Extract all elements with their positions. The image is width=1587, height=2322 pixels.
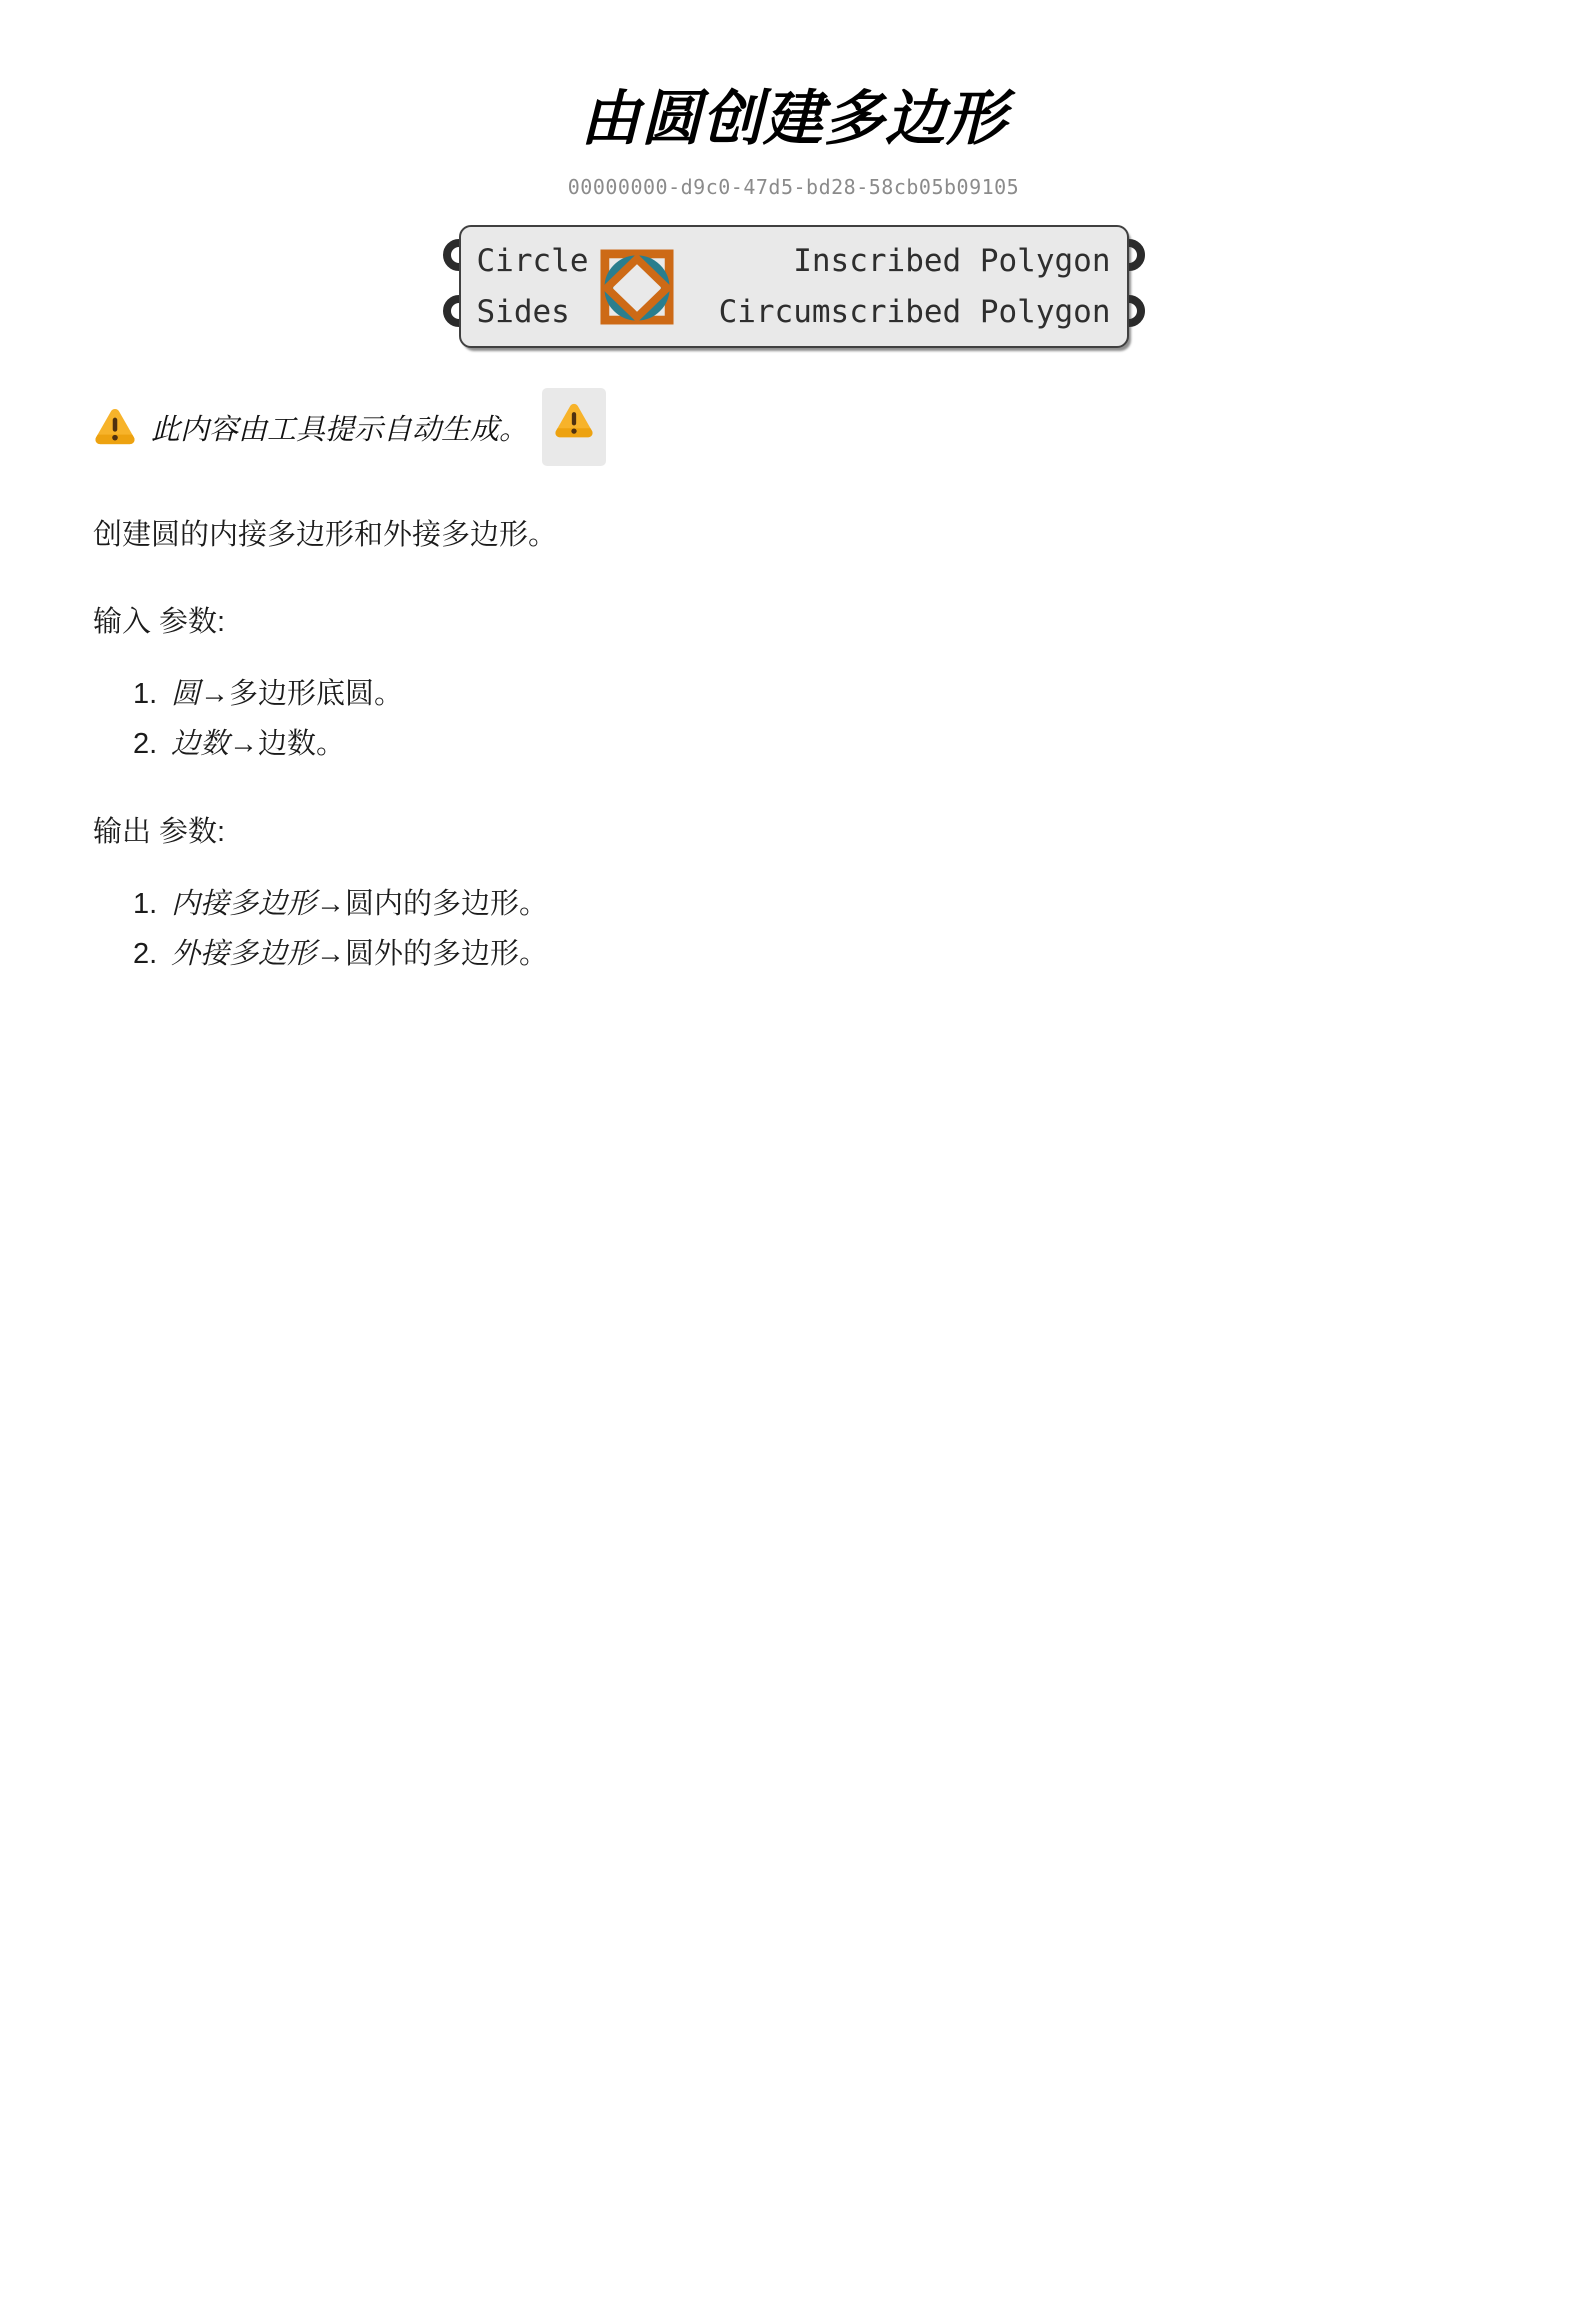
param-desc: 多边形底圆。 [229,678,403,710]
component-body: Circle Sides Inscribed Polygon Circumscr… [459,225,1129,348]
arrow-glyph: → [316,888,345,920]
notice-text: 此内容由工具提示自动生成。 [151,407,528,448]
item-number: 2. [133,726,171,762]
item-number: 2. [133,936,171,972]
list-item: 2. 外接多边形→圆外的多边形。 [133,936,1494,972]
component-description: 创建圆的内接多边形和外接多边形。 [93,512,1494,553]
param-desc: 圆外的多边形。 [345,938,548,970]
inscribed-circumscribed-polygon-icon [600,248,674,326]
output-label-inscribed-polygon: Inscribed Polygon [793,243,1110,279]
item-text: 圆→多边形底圆。 [171,676,403,712]
input-label-sides: Sides [477,294,570,330]
auto-generated-notice: 此内容由工具提示自动生成。 [93,388,1494,466]
param-name: 外接多边形 [171,938,316,970]
grasshopper-component: Circle Sides Inscribed Polygon Circumscr… [459,225,1129,348]
arrow-glyph: → [229,728,258,760]
component-inputs: Circle Sides [477,227,589,346]
outputs-heading: 输出 参数: [93,809,1494,850]
param-name: 边数 [171,728,229,760]
arrow-glyph: → [200,678,229,710]
item-text: 内接多边形→圆内的多边形。 [171,886,548,922]
warning-triangle-icon [93,407,137,447]
item-number: 1. [133,886,171,922]
arrow-glyph: → [316,938,345,970]
item-number: 1. [133,676,171,712]
inputs-heading: 输入 参数: [93,599,1494,640]
component-figure: Circle Sides Inscribed Polygon Circumscr… [93,225,1494,348]
document-page: 由圆创建多边形 00000000-d9c0-47d5-bd28-58cb05b0… [0,78,1587,2322]
item-text: 外接多边形→圆外的多边形。 [171,936,548,972]
param-desc: 圆内的多边形。 [345,888,548,920]
list-item: 2. 边数→边数。 [133,726,1494,762]
inputs-list: 1. 圆→多边形底圆。 2. 边数→边数。 [93,676,1494,763]
item-text: 边数→边数。 [171,726,345,762]
outputs-list: 1. 内接多边形→圆内的多边形。 2. 外接多边形→圆外的多边形。 [93,886,1494,973]
warning-triangle-icon [542,388,606,466]
list-item: 1. 内接多边形→圆内的多边形。 [133,886,1494,922]
input-label-circle: Circle [477,243,589,279]
page-title: 由圆创建多边形 [93,78,1494,159]
param-desc: 边数。 [258,728,345,760]
component-guid: 00000000-d9c0-47d5-bd28-58cb05b09105 [93,175,1494,199]
param-name: 内接多边形 [171,888,316,920]
param-name: 圆 [171,678,200,710]
list-item: 1. 圆→多边形底圆。 [133,676,1494,712]
component-outputs: Inscribed Polygon Circumscribed Polygon [684,227,1110,346]
output-label-circumscribed-polygon: Circumscribed Polygon [719,294,1111,330]
